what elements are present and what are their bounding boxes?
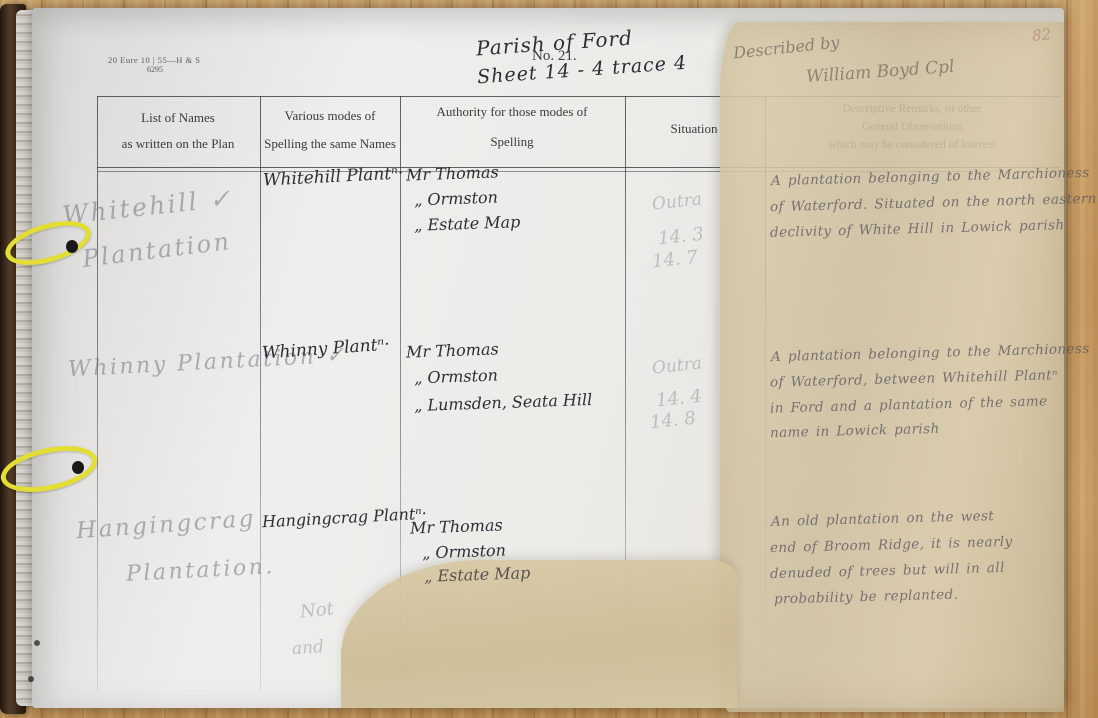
col-header-authority-line2: Spelling [490, 134, 533, 150]
tracing-paper-overlay-right [720, 22, 1064, 712]
row2-authority-line2: „ Ormston [414, 366, 499, 388]
folio-page-number: 82 [1031, 25, 1052, 45]
row1-authority-line2: „ Ormston [414, 188, 499, 210]
col-header-spelling-line1: Various modes of [285, 108, 376, 124]
marginalia-line1: Not [299, 598, 335, 622]
row1-authority-line3: „ Estate Map [414, 212, 521, 235]
col-header-situation: Situation [671, 121, 718, 137]
row3-authority-line1: Mr Thomas [410, 515, 503, 537]
punch-hole-bottom [72, 461, 84, 474]
small-hole-1 [34, 640, 40, 646]
row3-authority-line2: „ Ormston [422, 541, 507, 563]
col-header-names-line1: List of Names [141, 110, 215, 126]
tracing-paper-overlay-bottom [341, 560, 737, 708]
printed-stamp-line1: 20 Eure 10 | 55—H & S [108, 55, 200, 65]
row1-authority-line1: Mr Thomas [406, 162, 499, 184]
col-header-spelling-line2: Spelling the same Names [264, 136, 396, 152]
printed-stamp-line2: 6295 [147, 65, 163, 74]
column-rule-1 [260, 96, 261, 690]
row3-authority-line3: „ Estate Map [424, 563, 531, 586]
small-hole-2 [28, 676, 34, 682]
col-header-names-line2: as written on the Plan [122, 136, 235, 152]
punch-hole-top [66, 240, 78, 253]
col-header-authority-line1: Authority for those modes of [437, 104, 588, 120]
photographed-register-page: 20 Eure 10 | 55—H & S 6295 List of Names… [0, 0, 1098, 718]
marginalia-line2: and [291, 637, 324, 659]
table-left-rule [97, 96, 98, 690]
row2-authority-line1: Mr Thomas [406, 339, 499, 361]
